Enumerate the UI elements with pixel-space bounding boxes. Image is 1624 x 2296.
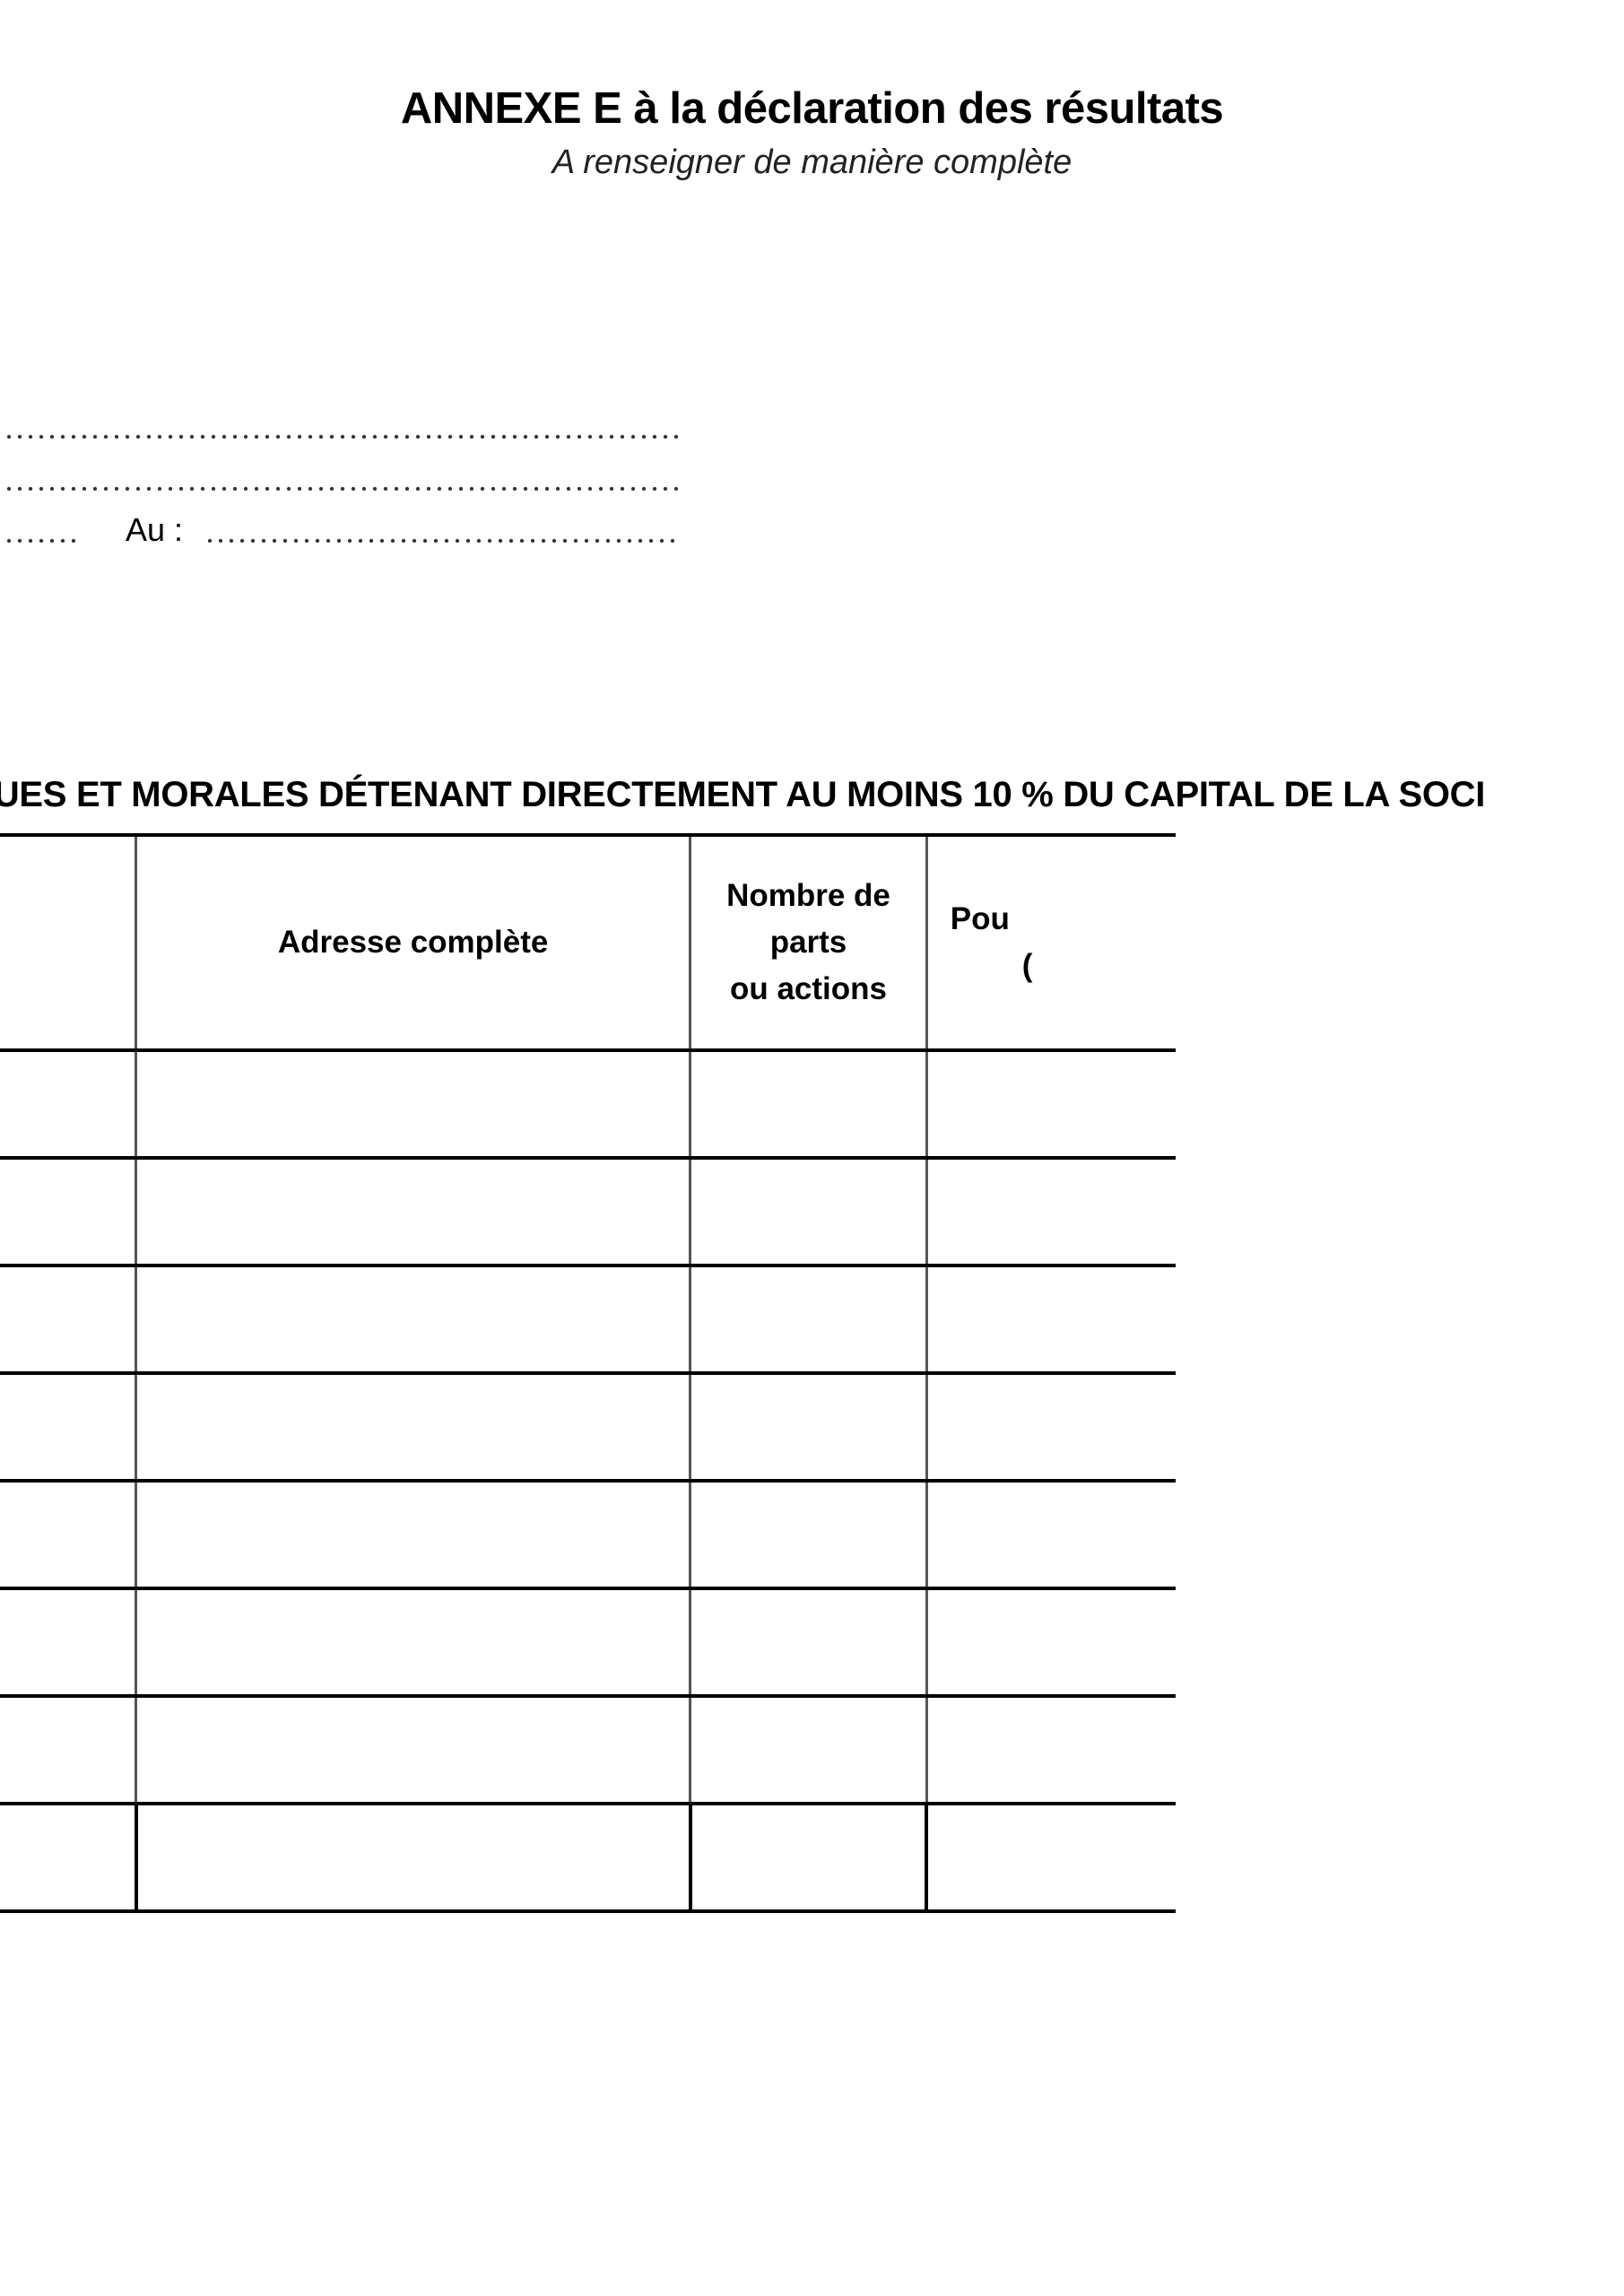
column-header-shares: Nombre de parts ou actions: [690, 835, 927, 1050]
shareholders-table: m et prénoms Adresse complète Nombre de …: [0, 833, 1176, 1913]
cell-shares[interactable]: [690, 1481, 927, 1588]
cell-name[interactable]: [0, 1696, 136, 1804]
table-row: [0, 1373, 1176, 1481]
cell-shares[interactable]: [690, 1050, 927, 1158]
cell-address[interactable]: [136, 1481, 690, 1588]
table-row: [0, 1481, 1176, 1588]
cell-shares[interactable]: [690, 1588, 927, 1696]
cell-percentage[interactable]: [926, 1158, 1176, 1265]
field-line-1[interactable]: [4, 433, 682, 440]
cell-percentage[interactable]: [926, 1050, 1176, 1158]
cell-shares[interactable]: [690, 1804, 927, 1911]
cell-name[interactable]: [0, 1265, 136, 1373]
column-header-percentage-line2: (: [951, 943, 1176, 989]
cell-name[interactable]: [0, 1481, 136, 1588]
column-header-address: Adresse complète: [136, 835, 690, 1050]
cell-percentage[interactable]: [926, 1373, 1176, 1481]
column-header-percentage-line1: Pou: [951, 896, 1176, 943]
cell-shares[interactable]: [690, 1696, 927, 1804]
cell-shares[interactable]: [690, 1265, 927, 1373]
cell-percentage[interactable]: [926, 1265, 1176, 1373]
cell-address[interactable]: [136, 1696, 690, 1804]
cell-shares[interactable]: [690, 1373, 927, 1481]
table-row: [0, 1696, 1176, 1804]
table-row: [0, 1588, 1176, 1696]
cell-shares[interactable]: [690, 1158, 927, 1265]
column-header-shares-line1: Nombre de parts: [691, 873, 925, 966]
cell-percentage[interactable]: [926, 1588, 1176, 1696]
period-to-field[interactable]: [204, 537, 682, 544]
cell-address[interactable]: [136, 1588, 690, 1696]
cell-address[interactable]: [136, 1265, 690, 1373]
table-row: [0, 1158, 1176, 1265]
cell-name[interactable]: [0, 1373, 136, 1481]
document-subtitle: A renseigner de manière complète: [0, 143, 1624, 182]
table-header-row: m et prénoms Adresse complète Nombre de …: [0, 835, 1176, 1050]
column-header-shares-line2: ou actions: [691, 966, 925, 1013]
section-heading: QUES ET MORALES DÉTENANT DIRECTEMENT AU …: [0, 775, 1485, 815]
cell-percentage[interactable]: [926, 1481, 1176, 1588]
field-line-2[interactable]: [4, 485, 682, 492]
cell-address[interactable]: [136, 1158, 690, 1265]
cell-address[interactable]: [136, 1050, 690, 1158]
cell-name[interactable]: [0, 1804, 136, 1911]
period-from-field[interactable]: [4, 537, 79, 544]
cell-name[interactable]: [0, 1158, 136, 1265]
cell-percentage[interactable]: [926, 1696, 1176, 1804]
column-header-percentage: Pou (: [926, 835, 1176, 1050]
cell-name[interactable]: [0, 1588, 136, 1696]
cell-percentage[interactable]: [926, 1804, 1176, 1911]
cell-address[interactable]: [136, 1804, 690, 1911]
table-row: [0, 1050, 1176, 1158]
cell-name[interactable]: [0, 1050, 136, 1158]
cell-address[interactable]: [136, 1373, 690, 1481]
table-row: [0, 1265, 1176, 1373]
column-header-name: m et prénoms: [0, 835, 136, 1050]
document-title: ANNEXE E à la déclaration des résultats: [0, 83, 1624, 134]
period-to-label: Au :: [126, 511, 183, 549]
table-row: [0, 1804, 1176, 1911]
